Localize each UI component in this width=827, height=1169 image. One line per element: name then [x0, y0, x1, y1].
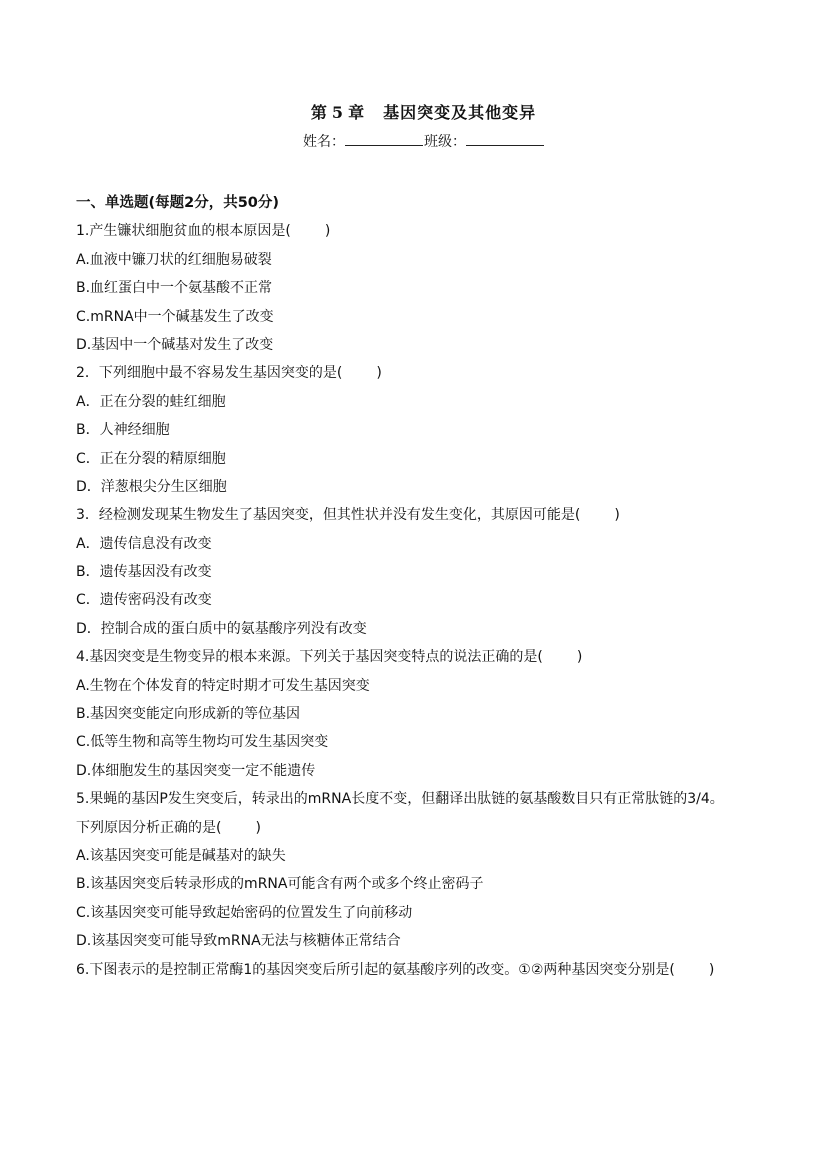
question-stem-continued: 下列原因分析正确的是()	[76, 814, 776, 842]
page-title: 第5章基因突变及其他变异	[0, 100, 827, 123]
chapter-prefix: 第	[311, 103, 328, 122]
option: C.该基因突变可能导致起始密码的位置发生了向前移动	[76, 899, 776, 927]
stem-text: 3．经检测发现某生物发生了基因突变，但其性状并没有发生变化，其原因可能是(	[76, 507, 580, 523]
question-list: 一、单选题(每题2分，共50分) 1.产生镰状细胞贫血的根本原因是() A.血液…	[76, 189, 776, 984]
stem-paren: )	[325, 223, 330, 239]
question-stem: 6.下图表示的是控制正常酶1的基因突变后所引起的氨基酸序列的改变。①②两种基因突…	[76, 956, 776, 984]
question-stem: 5.果蝇的基因P发生突变后，转录出的mRNA长度不变，但翻译出肽链的氨基酸数目只…	[76, 785, 776, 813]
stem-paren: )	[376, 365, 381, 381]
option: A.血液中镰刀状的红细胞易破裂	[76, 246, 776, 274]
question-stem: 4.基因突变是生物变异的根本来源。下列关于基因突变特点的说法正确的是()	[76, 643, 776, 671]
option: A.该基因突变可能是碱基对的缺失	[76, 842, 776, 870]
question-stem: 1.产生镰状细胞贫血的根本原因是()	[76, 217, 776, 245]
stem-text: 下列原因分析正确的是(	[76, 820, 221, 836]
option: B.基因突变能定向形成新的等位基因	[76, 700, 776, 728]
class-label: 班级：	[424, 134, 466, 150]
class-blank[interactable]	[466, 132, 544, 146]
option: D．洋葱根尖分生区细胞	[76, 473, 776, 501]
option: D．控制合成的蛋白质中的氨基酸序列没有改变	[76, 615, 776, 643]
question-stem: 3．经检测发现某生物发生了基因突变，但其性状并没有发生变化，其原因可能是()	[76, 501, 776, 529]
chapter-name: 基因突变及其他变异	[383, 103, 536, 122]
option: A．遗传信息没有改变	[76, 530, 776, 558]
stem-paren: )	[614, 507, 619, 523]
stem-text: 2．下列细胞中最不容易发生基因突变的是(	[76, 365, 342, 381]
section-heading: 一、单选题(每题2分，共50分)	[76, 189, 776, 217]
option: C.低等生物和高等生物均可发生基因突变	[76, 728, 776, 756]
name-label: 姓名：	[303, 134, 345, 150]
student-info-row: 姓名：班级：	[303, 131, 545, 151]
question-stem: 2．下列细胞中最不容易发生基因突变的是()	[76, 359, 776, 387]
option: C．遗传密码没有改变	[76, 586, 776, 614]
stem-text: 4.基因突变是生物变异的根本来源。下列关于基因突变特点的说法正确的是(	[76, 649, 543, 665]
name-blank[interactable]	[345, 132, 423, 146]
stem-paren: )	[577, 649, 582, 665]
option: B.该基因突变后转录形成的mRNA可能含有两个或多个终止密码子	[76, 870, 776, 898]
option: B.血红蛋白中一个氨基酸不正常	[76, 274, 776, 302]
option: B．人神经细胞	[76, 416, 776, 444]
option: D.体细胞发生的基因突变一定不能遗传	[76, 757, 776, 785]
option: A．正在分裂的蛙红细胞	[76, 388, 776, 416]
stem-paren: )	[255, 820, 260, 836]
option: B．遗传基因没有改变	[76, 558, 776, 586]
option: C.mRNA中一个碱基发生了改变	[76, 303, 776, 331]
option: D.基因中一个碱基对发生了改变	[76, 331, 776, 359]
option: D.该基因突变可能导致mRNA无法与核糖体正常结合	[76, 927, 776, 955]
stem-text: 6.下图表示的是控制正常酶1的基因突变后所引起的氨基酸序列的改变。①②两种基因突…	[76, 962, 675, 978]
option: C．正在分裂的精原细胞	[76, 445, 776, 473]
chapter-number: 5	[332, 103, 344, 122]
stem-text: 1.产生镰状细胞贫血的根本原因是(	[76, 223, 291, 239]
stem-paren: )	[709, 962, 714, 978]
chapter-suffix: 章	[348, 103, 365, 122]
exam-page: 第5章基因突变及其他变异 姓名：班级： 一、单选题(每题2分，共50分) 1.产…	[0, 0, 827, 1169]
option: A.生物在个体发育的特定时期才可发生基因突变	[76, 672, 776, 700]
